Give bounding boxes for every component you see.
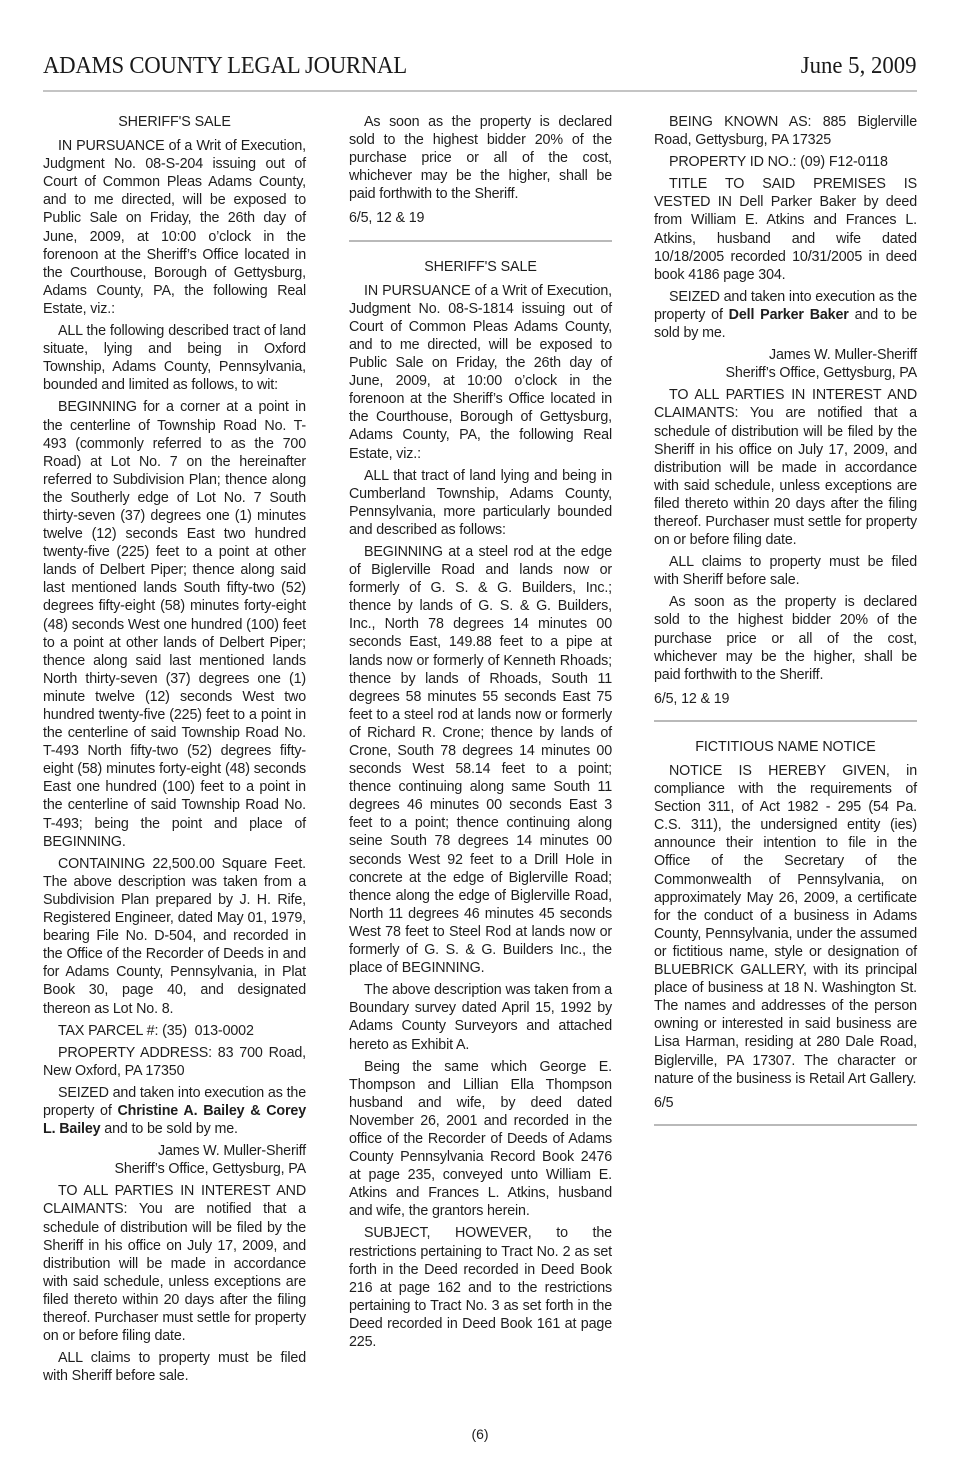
notice-heading: SHERIFF'S SALE (43, 113, 306, 131)
notice-fictitious-name: FICTITIOUS NAME NOTICE NOTICE IS HEREBY … (654, 738, 917, 1126)
property-address: PROPERTY ADDRESS: 83 700 Road, New Oxfor… (43, 1044, 306, 1080)
notice-divider (654, 1124, 917, 1126)
seized-paragraph: SEIZED and taken into execution as the p… (43, 1084, 306, 1138)
payment-terms-paragraph: As soon as the property is declared sold… (654, 593, 917, 683)
column-3: BEING KNOWN AS: 885 Biglerville Road, Ge… (654, 113, 917, 1142)
masthead-divider (43, 90, 917, 92)
notice-heading: FICTITIOUS NAME NOTICE (654, 738, 917, 756)
title-vested-paragraph: TITLE TO SAID PREMISES IS VESTED IN Dell… (654, 175, 917, 284)
notice-divider (654, 720, 917, 722)
all-claims-paragraph: ALL claims to property must be filed wit… (43, 1349, 306, 1385)
payment-terms-paragraph: As soon as the property is declared sold… (349, 113, 612, 203)
signature-name: James W. Muller-Sheriff (43, 1142, 306, 1160)
survey-paragraph: The above description was taken from a B… (349, 981, 612, 1053)
tract-paragraph: ALL the following described tract of lan… (43, 322, 306, 394)
notice-divider (349, 240, 612, 242)
all-claims-paragraph: ALL claims to property must be filed wit… (654, 553, 917, 589)
pursuance-paragraph: IN PURSUANCE of a Writ of Execution, Jud… (349, 282, 612, 463)
property-owner: Dell Parker Baker (729, 307, 849, 323)
run-dates: 6/5 (654, 1094, 917, 1112)
fictitious-name-paragraph: NOTICE IS HEREBY GIVEN, in compliance wi… (654, 762, 917, 1088)
containing-paragraph: CONTAINING 22,500.00 Square Feet. The ab… (43, 855, 306, 1018)
column-1: SHERIFF'S SALE IN PURSUANCE of a Writ of… (43, 113, 306, 1389)
signature-office: Sheriff’s Office, Gettysburg, PA (654, 364, 917, 382)
page-number: (6) (0, 1426, 960, 1442)
run-dates: 6/5, 12 & 19 (349, 209, 612, 227)
to-all-parties-paragraph: TO ALL PARTIES IN INTEREST AND CLAIMANTS… (43, 1182, 306, 1345)
signature-name: James W. Muller-Sheriff (654, 346, 917, 364)
pursuance-paragraph: IN PURSUANCE of a Writ of Execution, Jud… (43, 137, 306, 318)
notice-sheriffs-sale-bailey: SHERIFF'S SALE IN PURSUANCE of a Writ of… (43, 113, 306, 1385)
publication-title: ADAMS COUNTY LEGAL JOURNAL (43, 52, 407, 80)
issue-date: June 5, 2009 (801, 52, 917, 80)
legal-description-paragraph: BEGINNING at a steel rod at the edge of … (349, 543, 612, 977)
notice-heading: SHERIFF'S SALE (349, 258, 612, 276)
property-id: PROPERTY ID NO.: (09) F12-0118 (654, 153, 917, 171)
run-dates: 6/5, 12 & 19 (654, 690, 917, 708)
column-2: As soon as the property is declared sold… (349, 113, 612, 1355)
notice-sheriffs-sale-baker: SHERIFF'S SALE IN PURSUANCE of a Writ of… (349, 258, 612, 1352)
to-all-parties-paragraph: TO ALL PARTIES IN INTEREST AND CLAIMANTS… (654, 386, 917, 549)
legal-description-paragraph: BEGINNING for a corner at a point in the… (43, 398, 306, 850)
being-the-same-paragraph: Being the same which George E. Thompson … (349, 1058, 612, 1221)
tax-parcel: TAX PARCEL #: (35) 013-0002 (43, 1022, 306, 1040)
being-known-as: BEING KNOWN AS: 885 Biglerville Road, Ge… (654, 113, 917, 149)
seized-paragraph: SEIZED and taken into execution as the p… (654, 288, 917, 342)
tract-paragraph: ALL that tract of land lying and being i… (349, 467, 612, 539)
subject-however-paragraph: SUBJECT, HOWEVER, to the restrictions pe… (349, 1224, 612, 1351)
signature-office: Sheriff’s Office, Gettysburg, PA (43, 1160, 306, 1178)
